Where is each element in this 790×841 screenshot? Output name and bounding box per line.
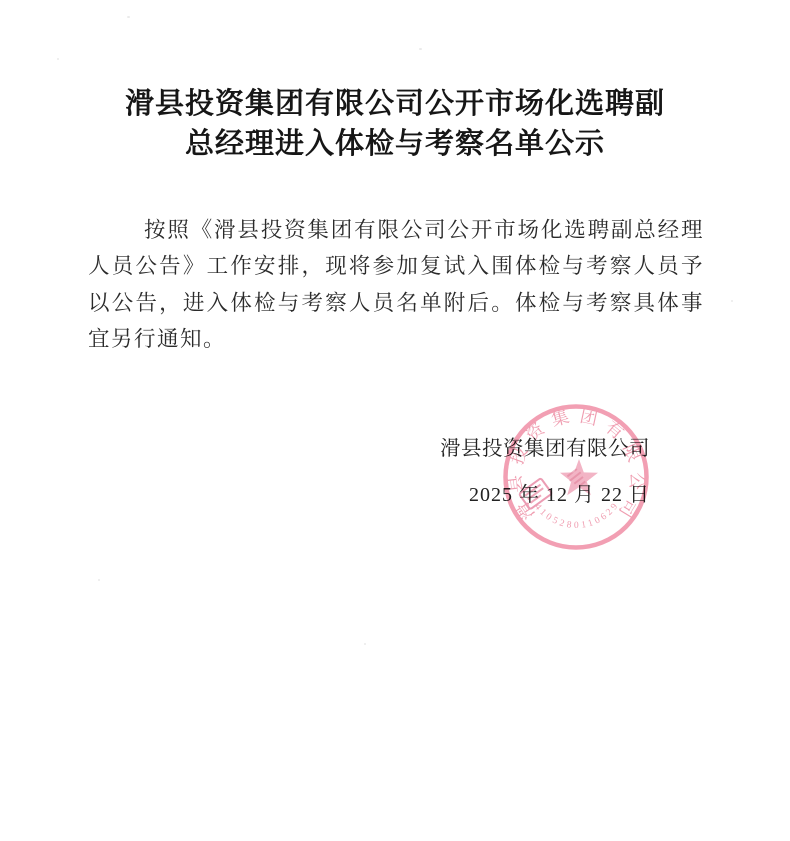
body-line-4: 宜另行通知。 [88,321,704,357]
signature-block: 滑县投资集团有限公司 2025 年 12 月 22 日 [440,437,650,507]
scan-speck [364,643,366,645]
document-body: 按照《滑县投资集团有限公司公开市场化选聘副总经理 人员公告》工作安排，现将参加复… [88,212,704,358]
scan-speck [57,58,59,60]
signature-company: 滑县投资集团有限公司 [440,437,650,462]
signature-date: 2025 年 12 月 22 日 [440,483,650,507]
document-page: 滑县投资集团有限公司公开市场化选聘副 总经理进入体检与考察名单公示 按照《滑县投… [0,0,790,841]
scan-speck [127,16,130,18]
body-line-2: 人员公告》工作安排，现将参加复试入围体检与考察人员予 [88,248,704,284]
body-line-3: 以公告，进入体检与考察人员名单附后。体检与考察具体事 [88,285,704,321]
document-title-line-2: 总经理进入体检与考察名单公示 [0,124,790,164]
scan-speck [731,300,733,302]
scan-speck [419,48,422,50]
document-title: 滑县投资集团有限公司公开市场化选聘副 总经理进入体检与考察名单公示 [0,84,790,164]
document-title-line-1: 滑县投资集团有限公司公开市场化选聘副 [0,84,790,124]
body-line-1: 按照《滑县投资集团有限公司公开市场化选聘副总经理 [88,212,704,248]
scan-speck [98,579,100,581]
